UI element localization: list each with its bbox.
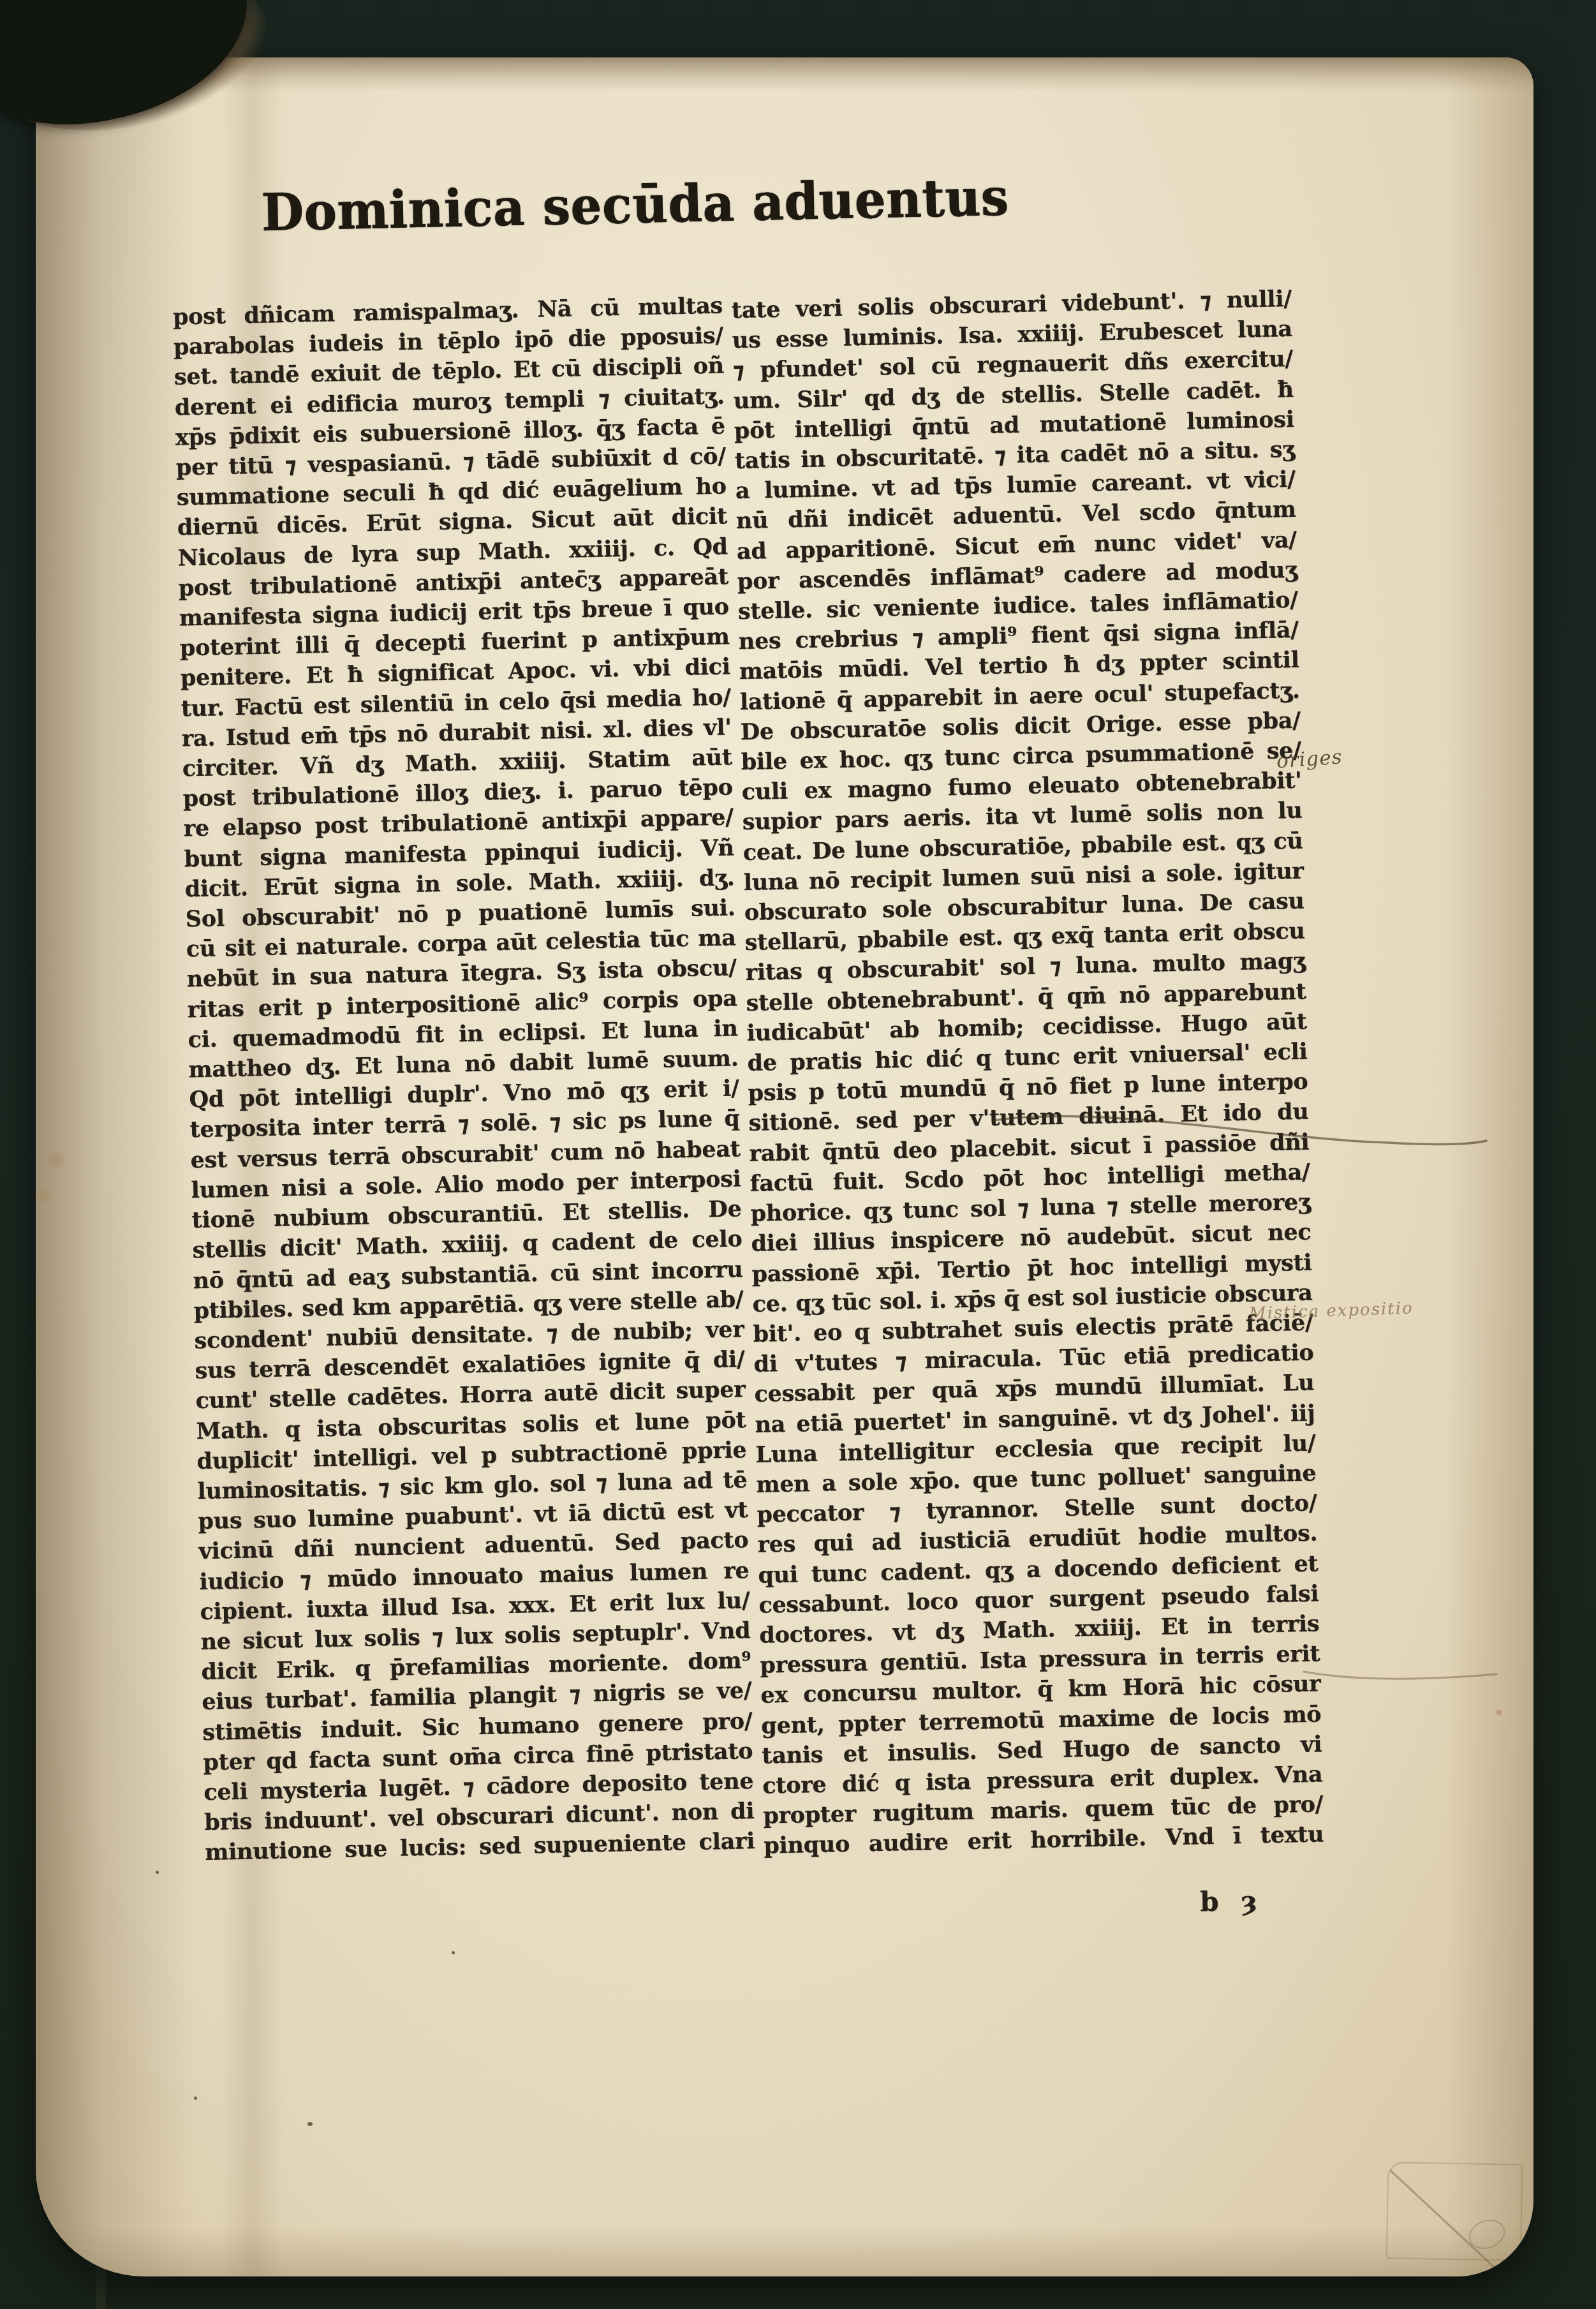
stain-spot [45,1150,68,1170]
photo-background: Dominica secūda aduentus post dñicam ram… [0,0,1596,2309]
pen-flourish-stroke [991,1109,1489,1154]
corner-fold-crease [1387,2155,1533,2276]
dust-speck [156,1871,159,1874]
page-heading: Dominica secūda aduentus [207,166,1063,244]
quire-signature: b ȝ [1200,1885,1264,1917]
stain-spot [1495,1709,1503,1716]
marginal-note-origenes: origes [1276,745,1343,773]
printed-text-layer: Dominica secūda aduentus post dñicam ram… [36,57,1533,2276]
dust-speck [307,2122,313,2126]
book-page: Dominica secūda aduentus post dñicam ram… [36,57,1533,2276]
stain-spot [36,1188,54,1203]
dust-speck [452,1951,455,1954]
dust-speck [194,2097,197,2100]
text-column-left: post dñicam ramispalmaʒ. Nā cū multaspar… [172,290,755,1867]
fold-ghost-outline [1386,2162,1523,2261]
text-column-right: tate veri solis obscurari videbunt'. ⁊ n… [731,284,1324,1861]
pen-underline-stroke [1301,1664,1499,1689]
